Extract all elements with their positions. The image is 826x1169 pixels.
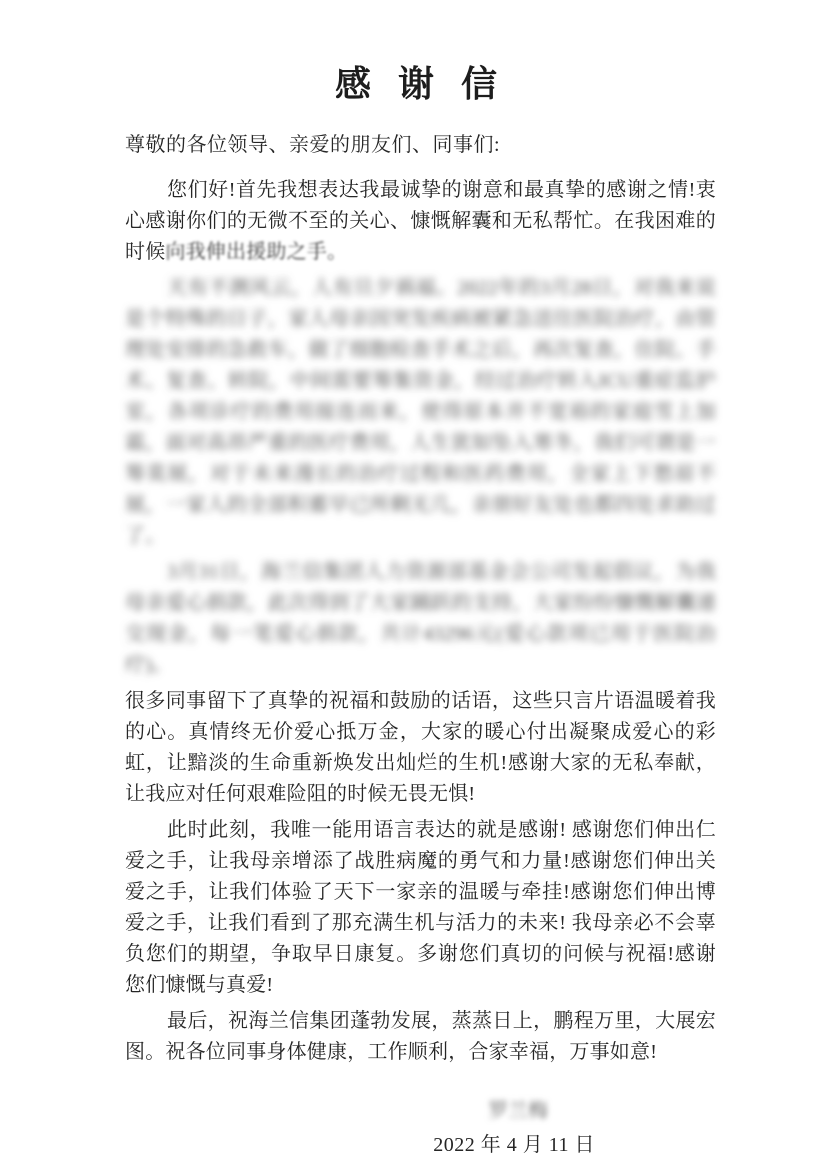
paragraph-gratitude-continuation: 很多同事留下了真挚的祝福和鼓励的话语，这些只言片语温暖着我的心。真情终无价爱心抵…: [125, 686, 716, 810]
paragraph-opening-blurred-tail: 向我伸出援助之手。: [165, 241, 347, 263]
salutation: 尊敬的各位领导、亲爱的朋友们、同事们:: [125, 131, 716, 159]
signature-date: 2022 年 4 月 11 日: [125, 1130, 716, 1161]
page-title: 感 谢 信: [125, 56, 716, 107]
signature-name-blurred: 罗兰梅: [125, 1096, 716, 1127]
letter-page: 感 谢 信 尊敬的各位领导、亲爱的朋友们、同事们: 您们好!首先我想表达我最诚挚…: [0, 0, 826, 1169]
paragraph-opening: 您们好!首先我想表达我最诚挚的谢意和最真挚的感谢之情!衷心感谢你们的无微不至的关…: [125, 175, 716, 268]
signature-block: 罗兰梅 2022 年 4 月 11 日: [125, 1096, 716, 1161]
redacted-paragraph-2: 3月31日，海兰信集团人力资源部基金会公司发起倡议，为我母亲爱心捐款，此次得到了…: [125, 557, 716, 681]
paragraph-thanks: 此时此刻，我唯一能用语言表达的就是感谢! 感谢您们伸出仁爱之手，让我母亲增添了战…: [125, 815, 716, 1001]
letter-content: 感 谢 信 尊敬的各位领导、亲爱的朋友们、同事们: 您们好!首先我想表达我最诚挚…: [125, 0, 716, 1161]
redacted-paragraph-1: 天有不测风云，人有旦夕祸福。2022年的3月28日，对我来说是个特殊的日子，家人…: [125, 273, 716, 552]
paragraph-closing-wishes: 最后，祝海兰信集团蓬勃发展，蒸蒸日上，鹏程万里，大展宏图。祝各位同事身体健康，工…: [125, 1006, 716, 1068]
